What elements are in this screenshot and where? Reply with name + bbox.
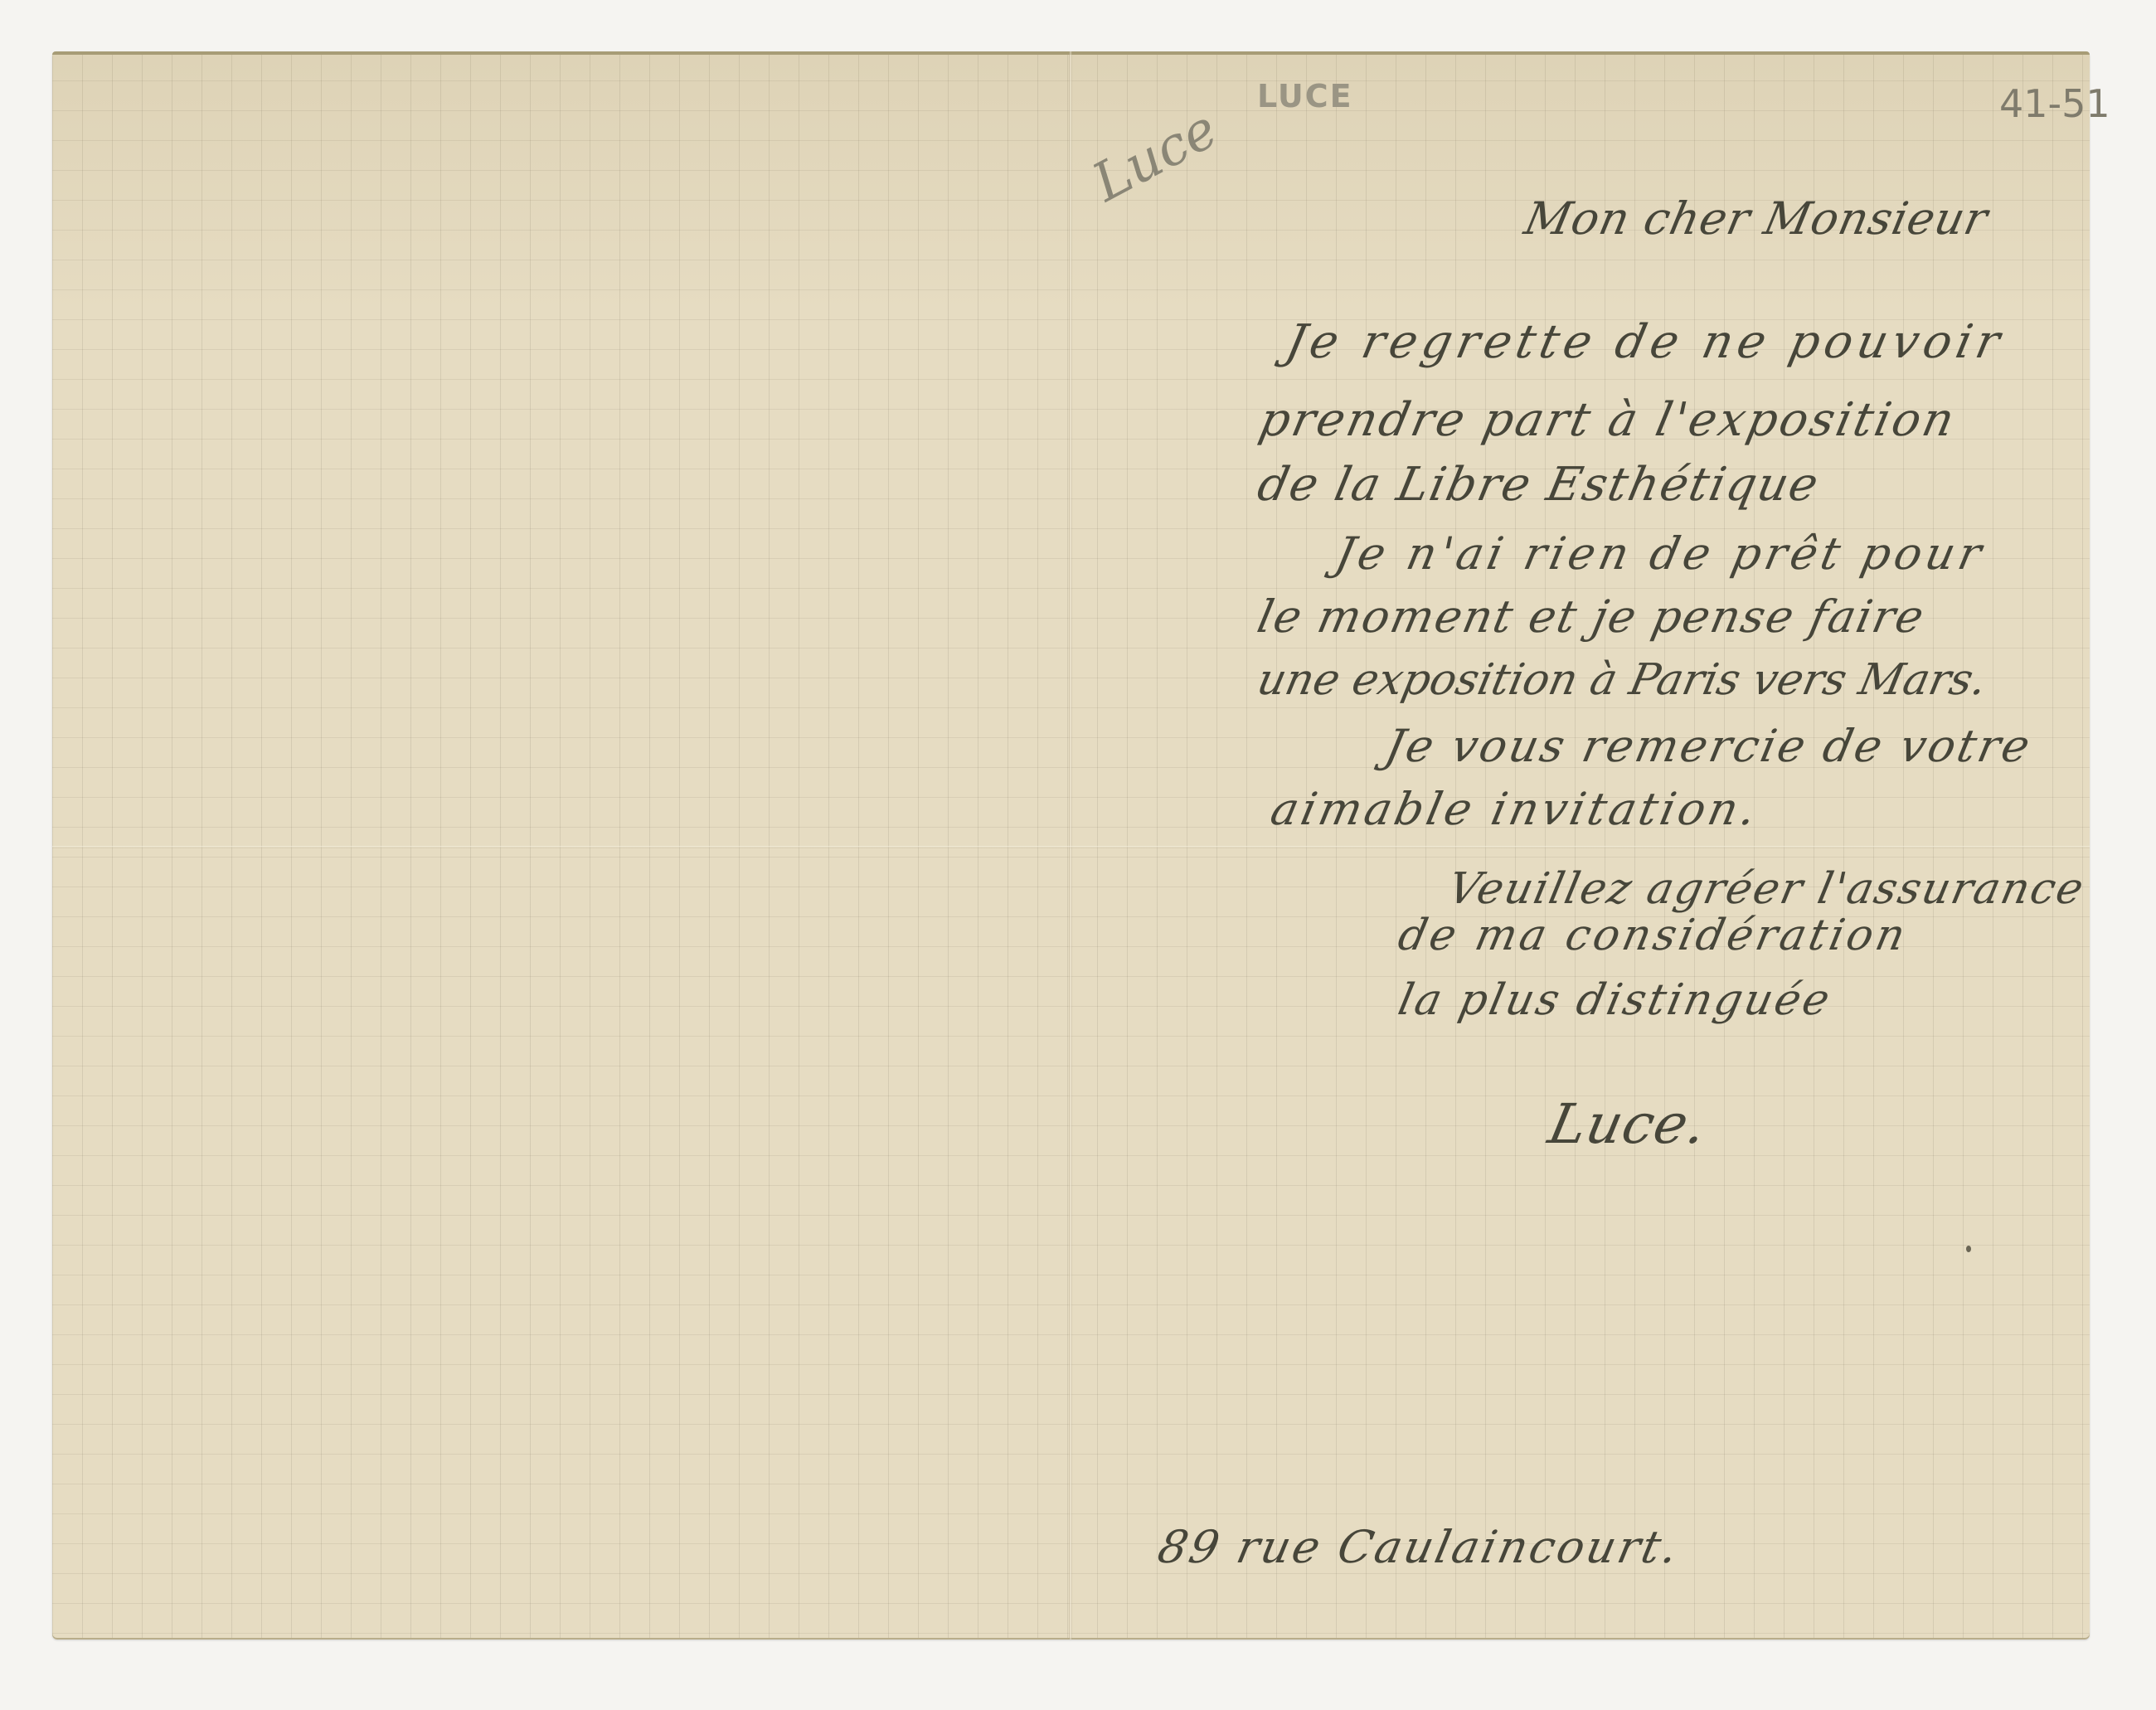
closing-line: Veuillez agréer l'assurance bbox=[1444, 864, 2090, 914]
letter-sheet: Luce LUCE 41-51 Mon cher Monsieur Je reg… bbox=[52, 51, 2090, 1640]
ink-spot bbox=[1966, 1246, 1971, 1252]
pencil-annotation-luce-caps: LUCE bbox=[1257, 78, 1353, 114]
body-line: une exposition à Paris vers Mars. bbox=[1253, 655, 1991, 705]
body-line: aimable invitation. bbox=[1266, 783, 1764, 835]
body-line: Je regrette de ne pouvoir bbox=[1281, 315, 2009, 369]
letter-salutation: Mon cher Monsieur bbox=[1520, 192, 1993, 245]
closing-line: la plus distinguée bbox=[1394, 975, 1836, 1025]
body-line: le moment et je pense faire bbox=[1253, 590, 1930, 643]
body-line: Je n'ai rien de prêt pour bbox=[1331, 527, 1990, 580]
signature: Luce. bbox=[1543, 1092, 1713, 1156]
written-right-page: Luce LUCE 41-51 Mon cher Monsieur Je reg… bbox=[1072, 51, 2090, 1640]
pencil-annotation-luce-script: Luce bbox=[1083, 99, 1227, 214]
closing-line: de ma considération bbox=[1394, 911, 1913, 960]
body-line: Je vous remercie de votre bbox=[1381, 720, 2037, 772]
body-line: de la Libre Esthétique bbox=[1253, 458, 1824, 512]
pencil-reference-number: 41-51 bbox=[1999, 81, 2110, 126]
body-line: prendre part à l'exposition bbox=[1255, 393, 1961, 447]
sender-address: 89 rue Caulaincourt. bbox=[1153, 1521, 1685, 1573]
